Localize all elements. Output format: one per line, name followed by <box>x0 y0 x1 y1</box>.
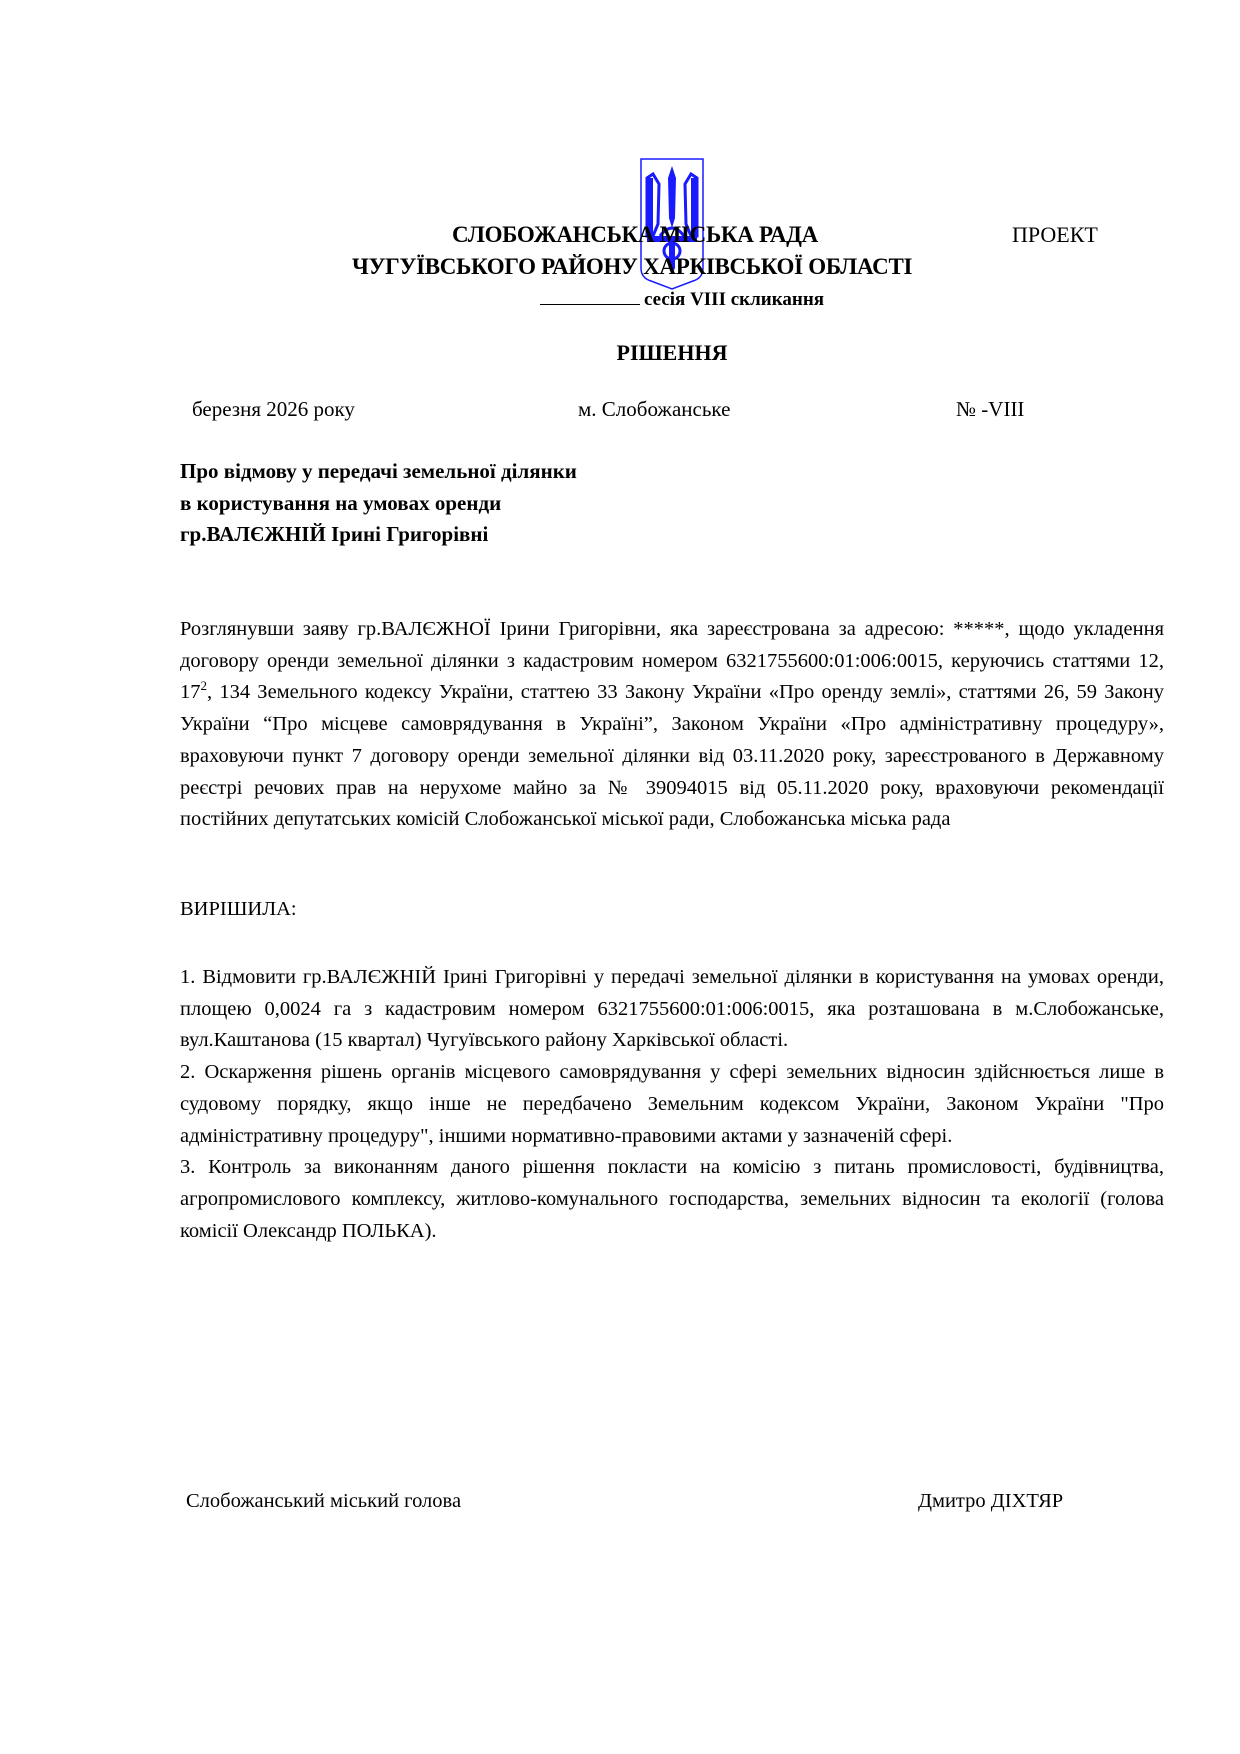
session-line: сесія VIII скликання <box>540 286 824 311</box>
subject-line: Про відмову у передачі земельної ділянки <box>180 456 780 488</box>
decision-item: 2. Оскарження рішень органів місцевого с… <box>180 1057 1164 1152</box>
decision-items: 1. Відмовити гр.ВАЛЄЖНІЙ Ірині Григорівн… <box>180 962 1164 1247</box>
resolved-label: ВИРІШИЛА: <box>180 898 297 921</box>
decision-item: 3. Контроль за виконанням даного рішення… <box>180 1152 1164 1247</box>
subject-line: в користування на умовах оренди <box>180 488 780 520</box>
preamble: Розглянувши заяву гр.ВАЛЄЖНОЇ Ірини Григ… <box>180 614 1164 836</box>
decision-subject: Про відмову у передачі земельної ділянки… <box>180 456 780 551</box>
session-text: сесія VIII скликання <box>644 289 824 310</box>
preamble-text: Розглянувши заяву гр.ВАЛЄЖНОЇ Ірини Григ… <box>180 614 1164 836</box>
district-name: ЧУГУЇВСЬКОГО РАЙОНУ ХАРКІВСЬКОЇ ОБЛАСТІ <box>352 254 912 280</box>
document-title: РІШЕННЯ <box>0 340 1240 366</box>
signatory-position: Слобожанський міський голова <box>186 1490 461 1513</box>
draft-label: ПРОЕКТ <box>1012 222 1098 248</box>
signatory-name: Дмитро ДІХТЯР <box>918 1490 1063 1513</box>
document-number: № -VIII <box>956 397 1024 422</box>
council-name: СЛОБОЖАНСЬКА МІСЬКА РАДА <box>452 222 818 248</box>
subject-line: гр.ВАЛЄЖНІЙ Ірині Григорівні <box>180 519 780 551</box>
document-date: березня 2026 року <box>192 397 355 422</box>
document-city: м. Слобожанське <box>578 397 730 422</box>
session-number-blank <box>540 286 640 305</box>
decision-item: 1. Відмовити гр.ВАЛЄЖНІЙ Ірині Григорівн… <box>180 962 1164 1057</box>
